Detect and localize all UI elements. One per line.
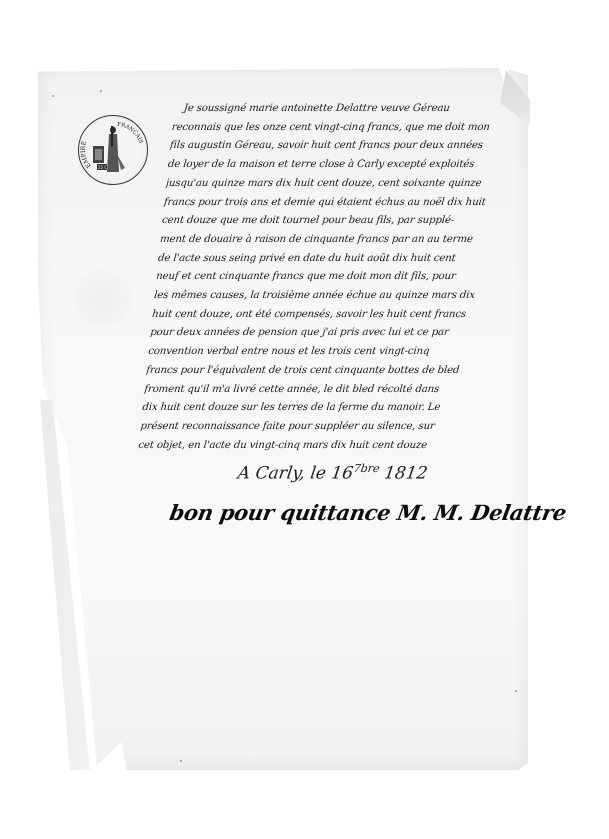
body-line: dix huit cent douze sur les terres de la… <box>141 399 513 418</box>
body-line: francs pour l'équivalent de trois cent c… <box>145 362 517 381</box>
letter-body: Je soussigné marie antoinette Delattre v… <box>137 100 544 455</box>
date-month: 7bre <box>353 462 381 475</box>
body-line: francs pour trois ans et demie qui étaie… <box>163 194 535 213</box>
seal-text-left: EMPIRE <box>80 140 93 169</box>
body-line: présent reconnaissance faite pour supplé… <box>139 418 511 437</box>
body-line: froment qu'il m'a livré cette année, le … <box>143 381 515 400</box>
date-place: A Carly, le 16 <box>236 464 354 484</box>
paper-speck <box>515 690 517 692</box>
paper-speck <box>52 95 54 97</box>
signature: bon pour quittance M. M. Delattre <box>168 500 569 525</box>
body-line: convention verbal entre nous et les troi… <box>147 343 519 362</box>
paper-speck <box>100 90 102 92</box>
body-line: huit cent douze, ont été compensés, savo… <box>151 306 523 325</box>
body-line: cent douze que me doit tournel pour beau… <box>161 212 533 231</box>
body-line: reconnais que les onze cent vingt-cinq f… <box>171 119 543 138</box>
body-line: ment de douaire à raison de cinquante fr… <box>159 231 531 250</box>
body-line: fils augustin Géreau, savoir huit cent f… <box>169 137 541 156</box>
body-line: de loyer de la maison et terre close à C… <box>167 156 539 175</box>
svg-text:FRANÇAIS: FRANÇAIS <box>117 122 144 145</box>
body-line: pour deux années de pension que j'ai pri… <box>149 324 521 343</box>
body-line: jusqu'au quinze mars dix huit cent douze… <box>165 175 537 194</box>
empire-francais-stamp-seal: EMPIRE FRANÇAIS 25 C. <box>78 115 148 185</box>
seal-figure-icon: EMPIRE FRANÇAIS 25 C. <box>79 116 147 184</box>
date-place-line: A Carly, le 167bre 1812 <box>236 462 429 484</box>
body-line: neuf et cent cinquante francs que me doi… <box>155 268 527 287</box>
seal-text-right: FRANÇAIS <box>117 122 144 145</box>
paper-speck <box>180 760 182 762</box>
seal-denomination: 25 C. <box>98 165 108 170</box>
body-line: les mêmes causes, la troisième année éch… <box>153 287 525 306</box>
body-line: cet objet, en l'acte du vingt-cinq mars … <box>137 437 509 456</box>
faded-seal-impression <box>72 268 134 330</box>
body-line: Je soussigné marie antoinette Delattre v… <box>173 100 545 119</box>
date-year: 1812 <box>383 464 429 484</box>
body-line: de l'acte sous seing privé en date du hu… <box>157 250 529 269</box>
svg-text:EMPIRE: EMPIRE <box>80 140 93 169</box>
